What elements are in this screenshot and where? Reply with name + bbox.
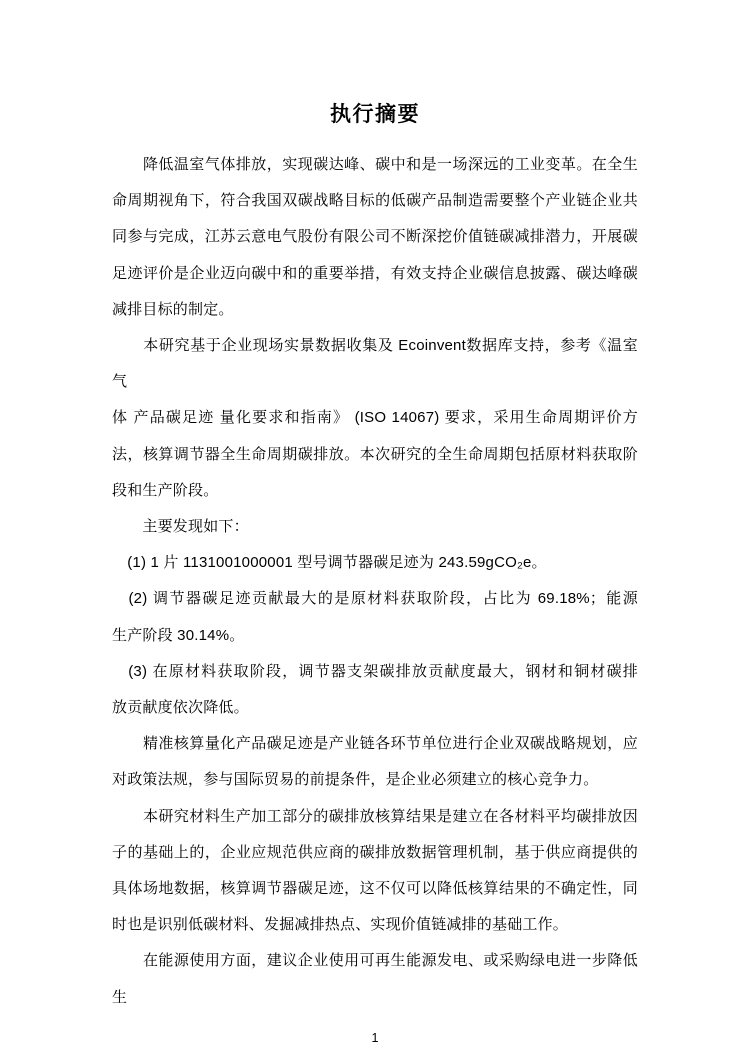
text-line: 生产阶段 30.14%。 (112, 618, 638, 654)
text-line: 具体场地数据，核算调节器碳足迹，这不仅可以降低核算结果的不确定性，同 (112, 871, 638, 907)
text-line: 时也是识别低碳材料、发掘减排热点、实现价值链减排的基础工作。 (112, 907, 638, 943)
text-line: 对政策法规，参与国际贸易的前提条件，是企业必须建立的核心竞争力。 (112, 762, 638, 798)
text-line: 降低温室气体排放，实现碳达峰、碳中和是一场深远的工业变革。在全生 (112, 147, 638, 183)
text-line: 主要发现如下： (112, 509, 638, 545)
text-line: 本研究材料生产加工部分的碳排放核算结果是建立在各材料平均碳排放因 (112, 799, 638, 835)
page-title: 执行摘要 (0, 0, 750, 130)
text-line: 精准核算量化产品碳足迹是产业链各环节单位进行企业双碳战略规划，应 (112, 726, 638, 762)
text-line: 在能源使用方面，建议企业使用可再生能源发电、或采购绿电进一步降低生 (112, 943, 638, 1015)
text-line: 法，核算调节器全生命周期碳排放。本次研究的全生命周期包括原材料获取阶 (112, 437, 638, 473)
text-line: 子的基础上的，企业应规范供应商的碳排放数据管理机制，基于供应商提供的 (112, 835, 638, 871)
text-line: 减排目标的制定。 (112, 292, 638, 328)
text-line: 足迹评价是企业迈向碳中和的重要举措，有效支持企业碳信息披露、碳达峰碳 (112, 256, 638, 292)
document-page: 执行摘要 降低温室气体排放，实现碳达峰、碳中和是一场深远的工业变革。在全生命周期… (0, 0, 750, 1060)
paragraph: (3) 在原材料获取阶段，调节器支架碳排放贡献度最大，钢材和铜材碳排放贡献度依次… (112, 654, 638, 726)
paragraph: 降低温室气体排放，实现碳达峰、碳中和是一场深远的工业变革。在全生命周期视角下，符… (112, 147, 638, 328)
paragraph: 主要发现如下： (112, 509, 638, 545)
document-body: 降低温室气体排放，实现碳达峰、碳中和是一场深远的工业变革。在全生命周期视角下，符… (112, 147, 638, 1016)
text-line: 本研究基于企业现场实景数据收集及 Ecoinvent数据库支持，参考《温室气 (112, 328, 638, 400)
text-line: (2) 调节器碳足迹贡献最大的是原材料获取阶段，占比为 69.18%；能源 (112, 581, 638, 617)
paragraph: 本研究材料生产加工部分的碳排放核算结果是建立在各材料平均碳排放因子的基础上的，企… (112, 799, 638, 944)
text-line: 体 产品碳足迹 量化要求和指南》 (ISO 14067) 要求，采用生命周期评价… (112, 400, 638, 436)
paragraph: 本研究基于企业现场实景数据收集及 Ecoinvent数据库支持，参考《温室气体 … (112, 328, 638, 509)
text-line: (3) 在原材料获取阶段，调节器支架碳排放贡献度最大，钢材和铜材碳排 (112, 654, 638, 690)
text-line: 段和生产阶段。 (112, 473, 638, 509)
text-line: 命周期视角下，符合我国双碳战略目标的低碳产品制造需要整个产业链企业共 (112, 183, 638, 219)
paragraph: (1) 1 片 1131001000001 型号调节器碳足迹为 243.59gC… (112, 545, 638, 581)
paragraph: 在能源使用方面，建议企业使用可再生能源发电、或采购绿电进一步降低生 (112, 943, 638, 1015)
paragraph: 精准核算量化产品碳足迹是产业链各环节单位进行企业双碳战略规划，应对政策法规，参与… (112, 726, 638, 798)
page-number: 1 (0, 1030, 750, 1046)
text-line: (1) 1 片 1131001000001 型号调节器碳足迹为 243.59gC… (112, 545, 638, 581)
paragraph: (2) 调节器碳足迹贡献最大的是原材料获取阶段，占比为 69.18%；能源生产阶… (112, 581, 638, 653)
text-line: 同参与完成，江苏云意电气股份有限公司不断深挖价值链碳减排潜力，开展碳 (112, 219, 638, 255)
text-line: 放贡献度依次降低。 (112, 690, 638, 726)
